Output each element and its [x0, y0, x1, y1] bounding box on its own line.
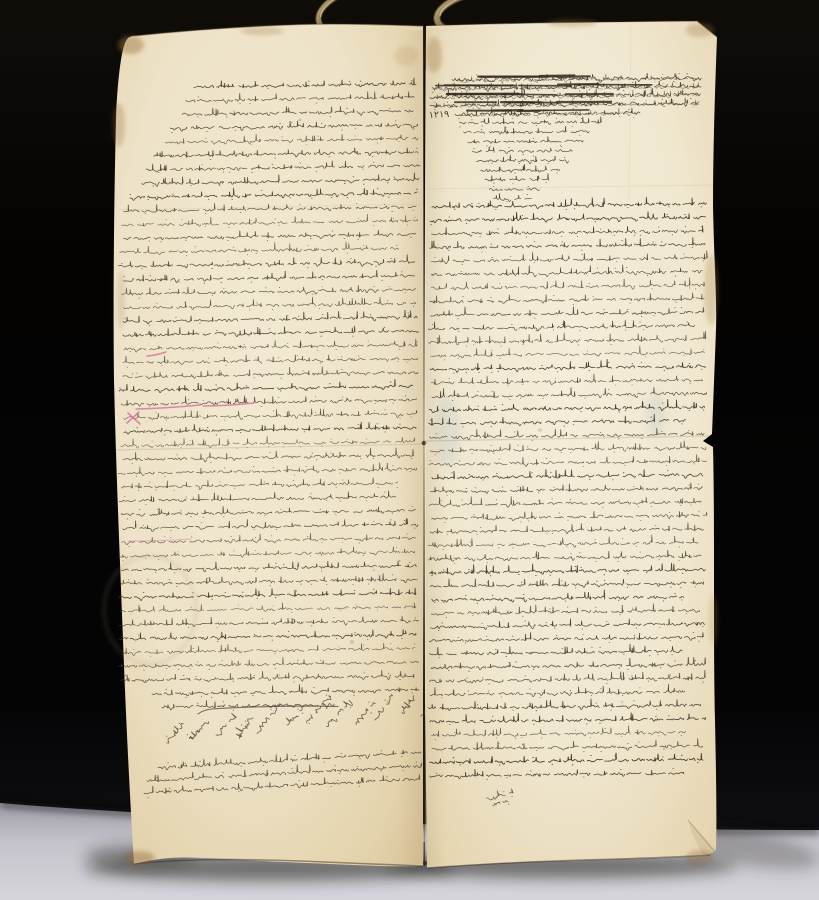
corner-stain — [123, 851, 155, 865]
stain — [394, 46, 418, 66]
script-line — [558, 76, 590, 77]
freckle — [639, 321, 642, 324]
right-page: ١٢١٩ — [424, 20, 718, 869]
edge-stain — [708, 595, 718, 645]
freckle — [538, 428, 542, 432]
top-stain — [547, 20, 597, 27]
year-numeral: ١٢١٩ — [429, 109, 450, 121]
script-line — [558, 84, 599, 85]
edge-stain — [704, 255, 718, 325]
freckle — [621, 701, 624, 704]
manuscript-photograph: ١٢١٩ — [0, 0, 819, 900]
left-page-seam-shade — [396, 30, 424, 864]
freckle — [299, 119, 302, 122]
script-line — [517, 102, 558, 103]
edge-stain — [117, 270, 125, 330]
corner-stain — [686, 23, 714, 37]
seam-knot-bottom — [423, 861, 427, 865]
script-line — [540, 75, 575, 76]
stain — [426, 37, 442, 73]
freckle — [481, 251, 483, 253]
blue-smudge — [647, 391, 665, 439]
top-stain — [240, 27, 284, 35]
freckle — [350, 640, 354, 644]
right-page-paper — [424, 21, 717, 868]
edge-stain — [113, 103, 125, 147]
left-page — [104, 24, 437, 866]
photo-canvas: ١٢١٩ — [0, 0, 819, 900]
corner-stain — [118, 36, 144, 54]
